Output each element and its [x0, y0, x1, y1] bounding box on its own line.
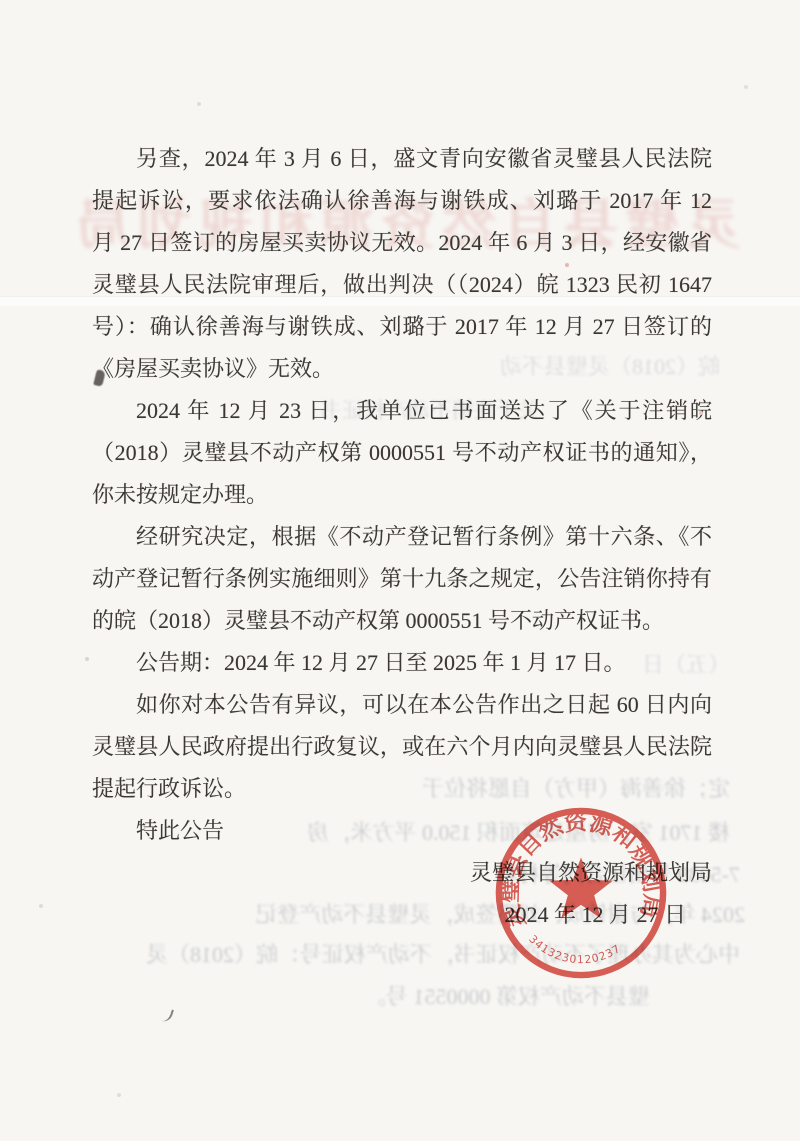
notice-line: 灵璧县人民法院审理后，做出判决（（2024）皖 1323 民初 1647	[92, 264, 712, 306]
pen-mark	[158, 1006, 174, 1023]
paper-speckles	[0, 0, 2, 2]
notice-line: 灵璧县人民政府提出行政复议，或在六个月内向灵璧县人民法院	[92, 726, 712, 768]
official-seal: 灵璧县自然资源和规划局 3413230120237	[492, 804, 670, 982]
notice-line: 号）：确认徐善海与谢铁成、刘璐于 2017 年 12 月 27 日签订的	[92, 306, 712, 348]
scanned-document-page: 灵璧县自然资源和规划局 皖（2018）灵璧县不动 关于注销不动产权证书 （五）日…	[0, 0, 800, 1141]
notice-line: 另查，2024 年 3 月 6 日，盛文青向安徽省灵璧县人民法院	[92, 138, 712, 180]
notice-line: 动产登记暂行条例实施细则》第十九条之规定，公告注销你持有	[92, 558, 712, 600]
notice-line: 公告期：2024 年 12 月 27 日至 2025 年 1 月 17 日。	[92, 642, 712, 684]
notice-line: 2024 年 12 月 23 日，我单位已书面送达了《关于注销皖	[92, 390, 712, 432]
notice-line: 月 27 日签订的房屋买卖协议无效。2024 年 6 月 3 日，经安徽省	[92, 222, 712, 264]
notice-line: （2018）灵璧县不动产权第 0000551 号不动产权证书的通知》，	[92, 432, 712, 474]
notice-line: 的皖（2018）灵璧县不动产权第 0000551 号不动产权证书。	[92, 600, 712, 642]
notice-line: 如你对本公告有异议，可以在本公告作出之日起 60 日内向	[92, 684, 712, 726]
seal-star-icon	[549, 857, 613, 918]
notice-line: 你未按规定办理。	[92, 474, 712, 516]
notice-line: 《房屋买卖协议》无效。	[92, 348, 712, 390]
notice-line: 经研究决定，根据《不动产登记暂行条例》第十六条、《不	[92, 516, 712, 558]
bleedthrough-line: 璧县不动产权第 0000551 号。	[280, 980, 650, 1010]
notice-line: 提起诉讼，要求依法确认徐善海与谢铁成、刘璐于 2017 年 12	[92, 180, 712, 222]
